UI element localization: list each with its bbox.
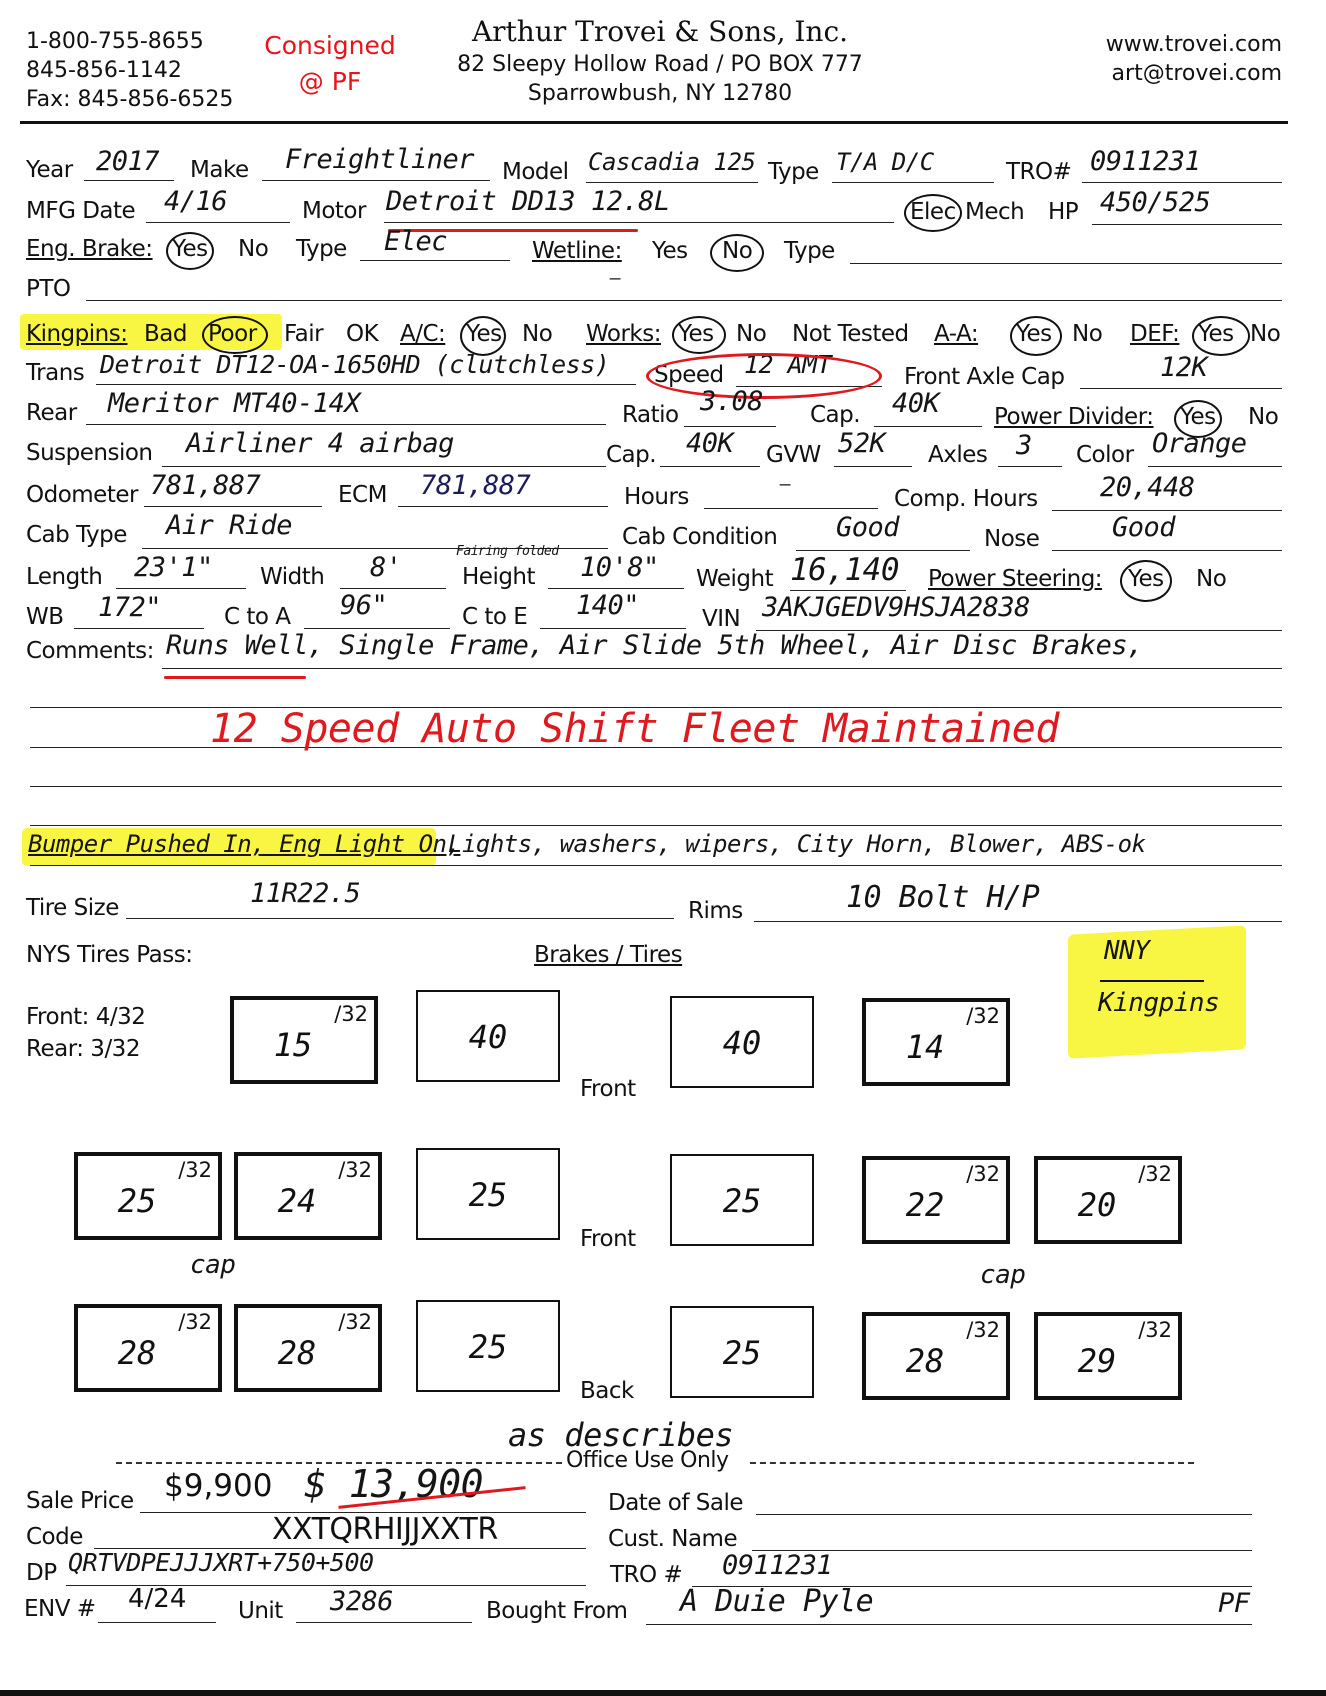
rear-cap-label: Cap. bbox=[810, 402, 860, 428]
make-field[interactable]: Freightliner bbox=[285, 144, 474, 175]
company-address-2: Sparrowbush, NY 12780 bbox=[420, 79, 900, 108]
works-yes-circle bbox=[672, 316, 726, 354]
wetline-no-circle bbox=[710, 234, 764, 272]
power-divider-label: Power Divider: bbox=[994, 404, 1154, 430]
tire-left-inner-drive-back[interactable]: 28 /32 bbox=[234, 1304, 382, 1392]
stamp-line-1: Consigned bbox=[255, 28, 405, 64]
brakes-tires-title: Brakes / Tires bbox=[534, 942, 682, 968]
vin-label: VIN bbox=[702, 606, 740, 632]
works-not-tested[interactable]: Not Tested bbox=[792, 321, 909, 347]
c-to-a-field[interactable]: 96" bbox=[340, 590, 387, 621]
wetline-label: Wetline: bbox=[532, 238, 622, 264]
trans-label: Trans bbox=[26, 360, 84, 386]
nys-tires-pass-label: NYS Tires Pass: bbox=[26, 942, 192, 968]
brake-value: 25 bbox=[418, 1176, 558, 1214]
comp-hours-field[interactable]: 20,448 bbox=[1100, 472, 1195, 503]
susp-cap-field[interactable]: 40K bbox=[686, 428, 733, 459]
fraction-label: /32 bbox=[966, 1004, 1000, 1028]
brake-left-drive-front[interactable]: 25 bbox=[416, 1148, 560, 1240]
code-label: Code bbox=[26, 1524, 83, 1550]
tire-value: 22 bbox=[844, 1186, 1006, 1224]
bought-from-field[interactable]: A Duie Pyle bbox=[680, 1584, 873, 1619]
def-no[interactable]: No bbox=[1250, 321, 1280, 347]
nys-rear-spec: Rear: 3/32 bbox=[26, 1036, 140, 1062]
c-to-e-field[interactable]: 140" bbox=[576, 590, 639, 621]
website-link[interactable]: www.trovei.com bbox=[1106, 30, 1282, 59]
steer-front-label: Front bbox=[580, 1076, 636, 1102]
width-field[interactable]: 8' bbox=[370, 552, 402, 583]
tire-value: 28 bbox=[216, 1334, 378, 1372]
tro-office-field[interactable]: 0911231 bbox=[722, 1550, 832, 1581]
pto-label: PTO bbox=[26, 276, 71, 302]
tire-right-inner-drive-front[interactable]: 22 /32 bbox=[862, 1156, 1010, 1244]
speed-red-circle bbox=[646, 353, 882, 399]
year-field[interactable]: 2017 bbox=[96, 146, 159, 177]
tire-left-outer-drive-back[interactable]: 28 /32 bbox=[74, 1304, 222, 1392]
fax-number: Fax: 845-856-6525 bbox=[26, 85, 233, 114]
motor-field[interactable]: Detroit DD13 12.8L bbox=[386, 186, 670, 217]
nny-kingpins-note: NNY Kingpins bbox=[1068, 930, 1246, 1054]
eng-brake-type-label: Type bbox=[296, 236, 347, 262]
tire-value: 28 bbox=[844, 1342, 1006, 1380]
fraction-label: /32 bbox=[338, 1310, 372, 1334]
tire-left-steer[interactable]: 15 /32 bbox=[230, 996, 378, 1084]
runs-well-red-underline bbox=[164, 676, 306, 679]
c-to-a-label: C to A bbox=[224, 604, 291, 630]
kingpins-label: Kingpins: bbox=[26, 321, 127, 347]
fraction-label: /32 bbox=[334, 1002, 368, 1026]
color-label: Color bbox=[1076, 442, 1134, 468]
tire-left-inner-drive-front[interactable]: 24 /32 bbox=[234, 1152, 382, 1240]
fraction-label: /32 bbox=[338, 1158, 372, 1182]
width-label: Width bbox=[260, 564, 324, 590]
power-divider-no[interactable]: No bbox=[1248, 404, 1278, 430]
cap-note-left: cap bbox=[190, 1250, 235, 1280]
email-link[interactable]: art@trovei.com bbox=[1106, 59, 1282, 88]
ac-no[interactable]: No bbox=[522, 321, 552, 347]
ecm-label: ECM bbox=[338, 482, 387, 508]
aa-yes-circle bbox=[1010, 316, 1062, 356]
contact-block: www.trovei.com art@trovei.com bbox=[1106, 30, 1282, 88]
weight-label: Weight bbox=[696, 566, 773, 592]
comments-highlight-text[interactable]: Bumper Pushed In, Eng Light On, bbox=[28, 830, 460, 858]
brake-value: 25 bbox=[418, 1328, 558, 1366]
tire-value: 24 bbox=[216, 1182, 378, 1220]
note-bottom-text: Kingpins bbox=[1098, 988, 1219, 1018]
note-divider bbox=[1100, 980, 1204, 982]
hours-label: Hours bbox=[624, 484, 689, 510]
motor-label: Motor bbox=[302, 198, 366, 224]
cust-name-label: Cust. Name bbox=[608, 1526, 737, 1552]
brake-left-steer[interactable]: 40 bbox=[416, 990, 560, 1082]
eng-brake-yes-circle bbox=[166, 232, 214, 270]
axles-field[interactable]: 3 bbox=[1016, 430, 1032, 461]
eng-brake-label: Eng. Brake: bbox=[26, 236, 153, 262]
front-axle-cap-field[interactable]: 12K bbox=[1160, 352, 1207, 383]
hours-field[interactable]: — bbox=[780, 474, 790, 495]
tire-size-field[interactable]: 11R22.5 bbox=[250, 878, 360, 909]
susp-cap-label: Cap. bbox=[606, 442, 656, 468]
cab-condition-label: Cab Condition bbox=[622, 524, 777, 550]
drive-front-label: Front bbox=[580, 1226, 636, 1252]
company-address-1: 82 Sleepy Hollow Road / PO BOX 777 bbox=[420, 50, 900, 79]
hp-field[interactable]: 450/525 bbox=[1100, 187, 1210, 218]
kingpins-fair[interactable]: Fair bbox=[284, 321, 323, 347]
comments-line-3[interactable]: Lights, washers, wipers, City Horn, Blow… bbox=[448, 830, 1145, 858]
rims-label: Rims bbox=[688, 898, 743, 924]
phone-list: 1-800-755-8655 845-856-1142 Fax: 845-856… bbox=[26, 27, 233, 114]
works-label: Works: bbox=[586, 321, 661, 347]
power-steering-yes-circle bbox=[1120, 560, 1172, 602]
length-field[interactable]: 23'1" bbox=[134, 552, 213, 583]
gvw-field[interactable]: 52K bbox=[838, 428, 885, 459]
stamp-line-2: @ PF bbox=[255, 64, 405, 100]
tire-value: 25 bbox=[56, 1182, 218, 1220]
brake-right-drive-front[interactable]: 25 bbox=[670, 1154, 814, 1246]
ac-label: A/C: bbox=[400, 321, 445, 347]
toll-free-phone: 1-800-755-8655 bbox=[26, 27, 233, 56]
brake-value: 25 bbox=[672, 1182, 812, 1220]
bought-from-label: Bought From bbox=[486, 1598, 627, 1624]
company-name: Arthur Trovei & Sons, Inc. bbox=[420, 14, 900, 50]
aa-label: A-A: bbox=[934, 321, 978, 347]
kingpins-bad[interactable]: Bad bbox=[144, 321, 187, 347]
kingpins-poor-circle bbox=[202, 316, 268, 354]
header-rule bbox=[20, 121, 1288, 124]
brake-value: 25 bbox=[672, 1334, 812, 1372]
env-field[interactable]: 4/24 bbox=[128, 1584, 186, 1614]
bought-from-suffix: PF bbox=[1218, 1588, 1250, 1619]
fraction-label: /32 bbox=[1138, 1318, 1172, 1342]
works-no[interactable]: No bbox=[736, 321, 766, 347]
nose-label: Nose bbox=[984, 526, 1039, 552]
cab-type-field[interactable]: Air Ride bbox=[166, 510, 292, 541]
comments-red-note[interactable]: 12 Speed Auto Shift Fleet Maintained bbox=[210, 706, 1059, 752]
note-top-text: NNY bbox=[1104, 936, 1149, 966]
brake-left-drive-back[interactable]: 25 bbox=[416, 1300, 560, 1392]
height-label: Height bbox=[462, 564, 535, 590]
cab-type-label: Cab Type bbox=[26, 522, 127, 548]
odometer-label: Odometer bbox=[26, 482, 138, 508]
mech-option[interactable]: Mech bbox=[965, 199, 1024, 225]
comp-hours-label: Comp. Hours bbox=[894, 486, 1038, 512]
tro-field[interactable]: 0911231 bbox=[1090, 146, 1200, 177]
tro-office-label: TRO # bbox=[610, 1562, 682, 1588]
kingpins-ok[interactable]: OK bbox=[346, 321, 378, 347]
color-field[interactable]: Orange bbox=[1152, 428, 1247, 459]
fraction-label: /32 bbox=[178, 1158, 212, 1182]
local-phone: 845-856-1142 bbox=[26, 56, 233, 85]
suspension-label: Suspension bbox=[26, 440, 153, 466]
comments-line-1[interactable]: Runs Well, Single Frame, Air Slide 5th W… bbox=[166, 630, 1143, 661]
odometer-field[interactable]: 781,887 bbox=[150, 470, 260, 501]
sale-price-label: Sale Price bbox=[26, 1488, 134, 1514]
env-label: ENV # bbox=[24, 1596, 96, 1622]
rear-label: Rear bbox=[26, 400, 77, 426]
sale-price-field[interactable]: $9,900 bbox=[164, 1468, 272, 1504]
def-yes-circle bbox=[1192, 316, 1250, 356]
power-steering-no[interactable]: No bbox=[1196, 566, 1226, 592]
pto-field[interactable]: — bbox=[610, 268, 620, 289]
tire-value: 20 bbox=[1016, 1186, 1178, 1224]
brake-right-drive-back[interactable]: 25 bbox=[670, 1306, 814, 1398]
fraction-label: /32 bbox=[966, 1318, 1000, 1342]
wetline-yes[interactable]: Yes bbox=[652, 238, 688, 264]
rear-field[interactable]: Meritor MT40-14X bbox=[108, 388, 360, 419]
gvw-label: GVW bbox=[766, 442, 821, 468]
nys-front-spec: Front: 4/32 bbox=[26, 1004, 145, 1030]
rear-cap-field[interactable]: 40K bbox=[892, 388, 939, 419]
ratio-field[interactable]: 3.08 bbox=[700, 386, 763, 417]
office-dash-right bbox=[750, 1462, 1194, 1464]
tire-right-outer-drive-back[interactable]: 29 /32 bbox=[1034, 1312, 1182, 1400]
front-axle-cap-label: Front Axle Cap bbox=[904, 364, 1064, 390]
tire-size-label: Tire Size bbox=[26, 895, 119, 921]
consigned-stamp: Consigned @ PF bbox=[255, 28, 405, 100]
tire-right-outer-drive-front[interactable]: 20 /32 bbox=[1034, 1156, 1182, 1244]
wb-label: WB bbox=[26, 604, 64, 630]
tire-value: 29 bbox=[1016, 1342, 1178, 1380]
unit-label: Unit bbox=[238, 1598, 283, 1624]
vin-field[interactable]: 3AKJGEDV9HSJA2838 bbox=[762, 592, 1030, 623]
fraction-label: /32 bbox=[1138, 1162, 1172, 1186]
power-steering-label: Power Steering: bbox=[928, 566, 1102, 592]
axles-label: Axles bbox=[928, 442, 987, 468]
brake-value: 40 bbox=[418, 1018, 558, 1056]
def-label: DEF: bbox=[1130, 321, 1179, 347]
wb-field[interactable]: 172" bbox=[98, 592, 161, 623]
type-label: Type bbox=[768, 159, 819, 185]
ecm-field[interactable]: 781,887 bbox=[420, 470, 530, 501]
unit-field[interactable]: 3286 bbox=[330, 1586, 393, 1617]
make-label: Make bbox=[190, 157, 249, 183]
mfg-date-label: MFG Date bbox=[26, 198, 135, 224]
page-bottom-edge bbox=[0, 1690, 1326, 1696]
cab-condition-field[interactable]: Good bbox=[836, 512, 899, 543]
tire-right-inner-drive-back[interactable]: 28 /32 bbox=[862, 1312, 1010, 1400]
weight-field[interactable]: 16,140 bbox=[790, 552, 899, 588]
fraction-label: /32 bbox=[178, 1310, 212, 1334]
eng-brake-type-field[interactable]: Elec bbox=[384, 226, 447, 257]
fraction-label: /32 bbox=[966, 1162, 1000, 1186]
eng-brake-no[interactable]: No bbox=[238, 236, 268, 262]
c-to-e-label: C to E bbox=[462, 604, 527, 630]
year-label: Year bbox=[26, 157, 73, 183]
tire-value: 28 bbox=[56, 1334, 218, 1372]
trans-field[interactable]: Detroit DT12-OA-1650HD (clutchless) bbox=[100, 350, 609, 379]
model-label: Model bbox=[502, 159, 569, 185]
model-field[interactable]: Cascadia 125 bbox=[588, 148, 755, 176]
tro-label: TRO# bbox=[1006, 159, 1071, 185]
cap-note-right: cap bbox=[980, 1260, 1025, 1290]
date-of-sale-label: Date of Sale bbox=[608, 1490, 743, 1516]
type-field[interactable]: T/A D/C bbox=[836, 148, 934, 176]
mfg-date-field[interactable]: 4/16 bbox=[164, 186, 227, 217]
suspension-field[interactable]: Airliner 4 airbag bbox=[186, 428, 454, 459]
dp-label: DP bbox=[26, 1560, 57, 1586]
office-use-title: Office Use Only bbox=[566, 1448, 729, 1473]
rims-field[interactable]: 10 Bolt H/P bbox=[846, 880, 1039, 915]
height-field[interactable]: 10'8" bbox=[580, 552, 659, 583]
tire-right-steer[interactable]: 14 /32 bbox=[862, 998, 1010, 1086]
ratio-label: Ratio bbox=[622, 402, 679, 428]
code-field[interactable]: XXTQRHIJJXXTR bbox=[272, 1512, 498, 1547]
hp-label: HP bbox=[1048, 199, 1078, 225]
tire-value: 15 bbox=[212, 1026, 374, 1064]
tire-left-outer-drive-front[interactable]: 25 /32 bbox=[74, 1152, 222, 1240]
company-block: Arthur Trovei & Sons, Inc. 82 Sleepy Hol… bbox=[420, 14, 900, 108]
aa-no[interactable]: No bbox=[1072, 321, 1102, 347]
brake-value: 40 bbox=[672, 1024, 812, 1062]
brake-right-steer[interactable]: 40 bbox=[670, 996, 814, 1088]
comments-label: Comments: bbox=[26, 638, 154, 664]
drive-back-label: Back bbox=[580, 1378, 634, 1404]
height-note: Fairing folded bbox=[456, 544, 559, 559]
tire-value: 14 bbox=[844, 1028, 1006, 1066]
dp-field[interactable]: QRTVDPEJJJXRT+750+500 bbox=[68, 1548, 374, 1577]
wetline-type-label: Type bbox=[784, 238, 835, 264]
nose-field[interactable]: Good bbox=[1112, 512, 1175, 543]
elec-selected-circle bbox=[904, 194, 962, 232]
length-label: Length bbox=[26, 564, 102, 590]
